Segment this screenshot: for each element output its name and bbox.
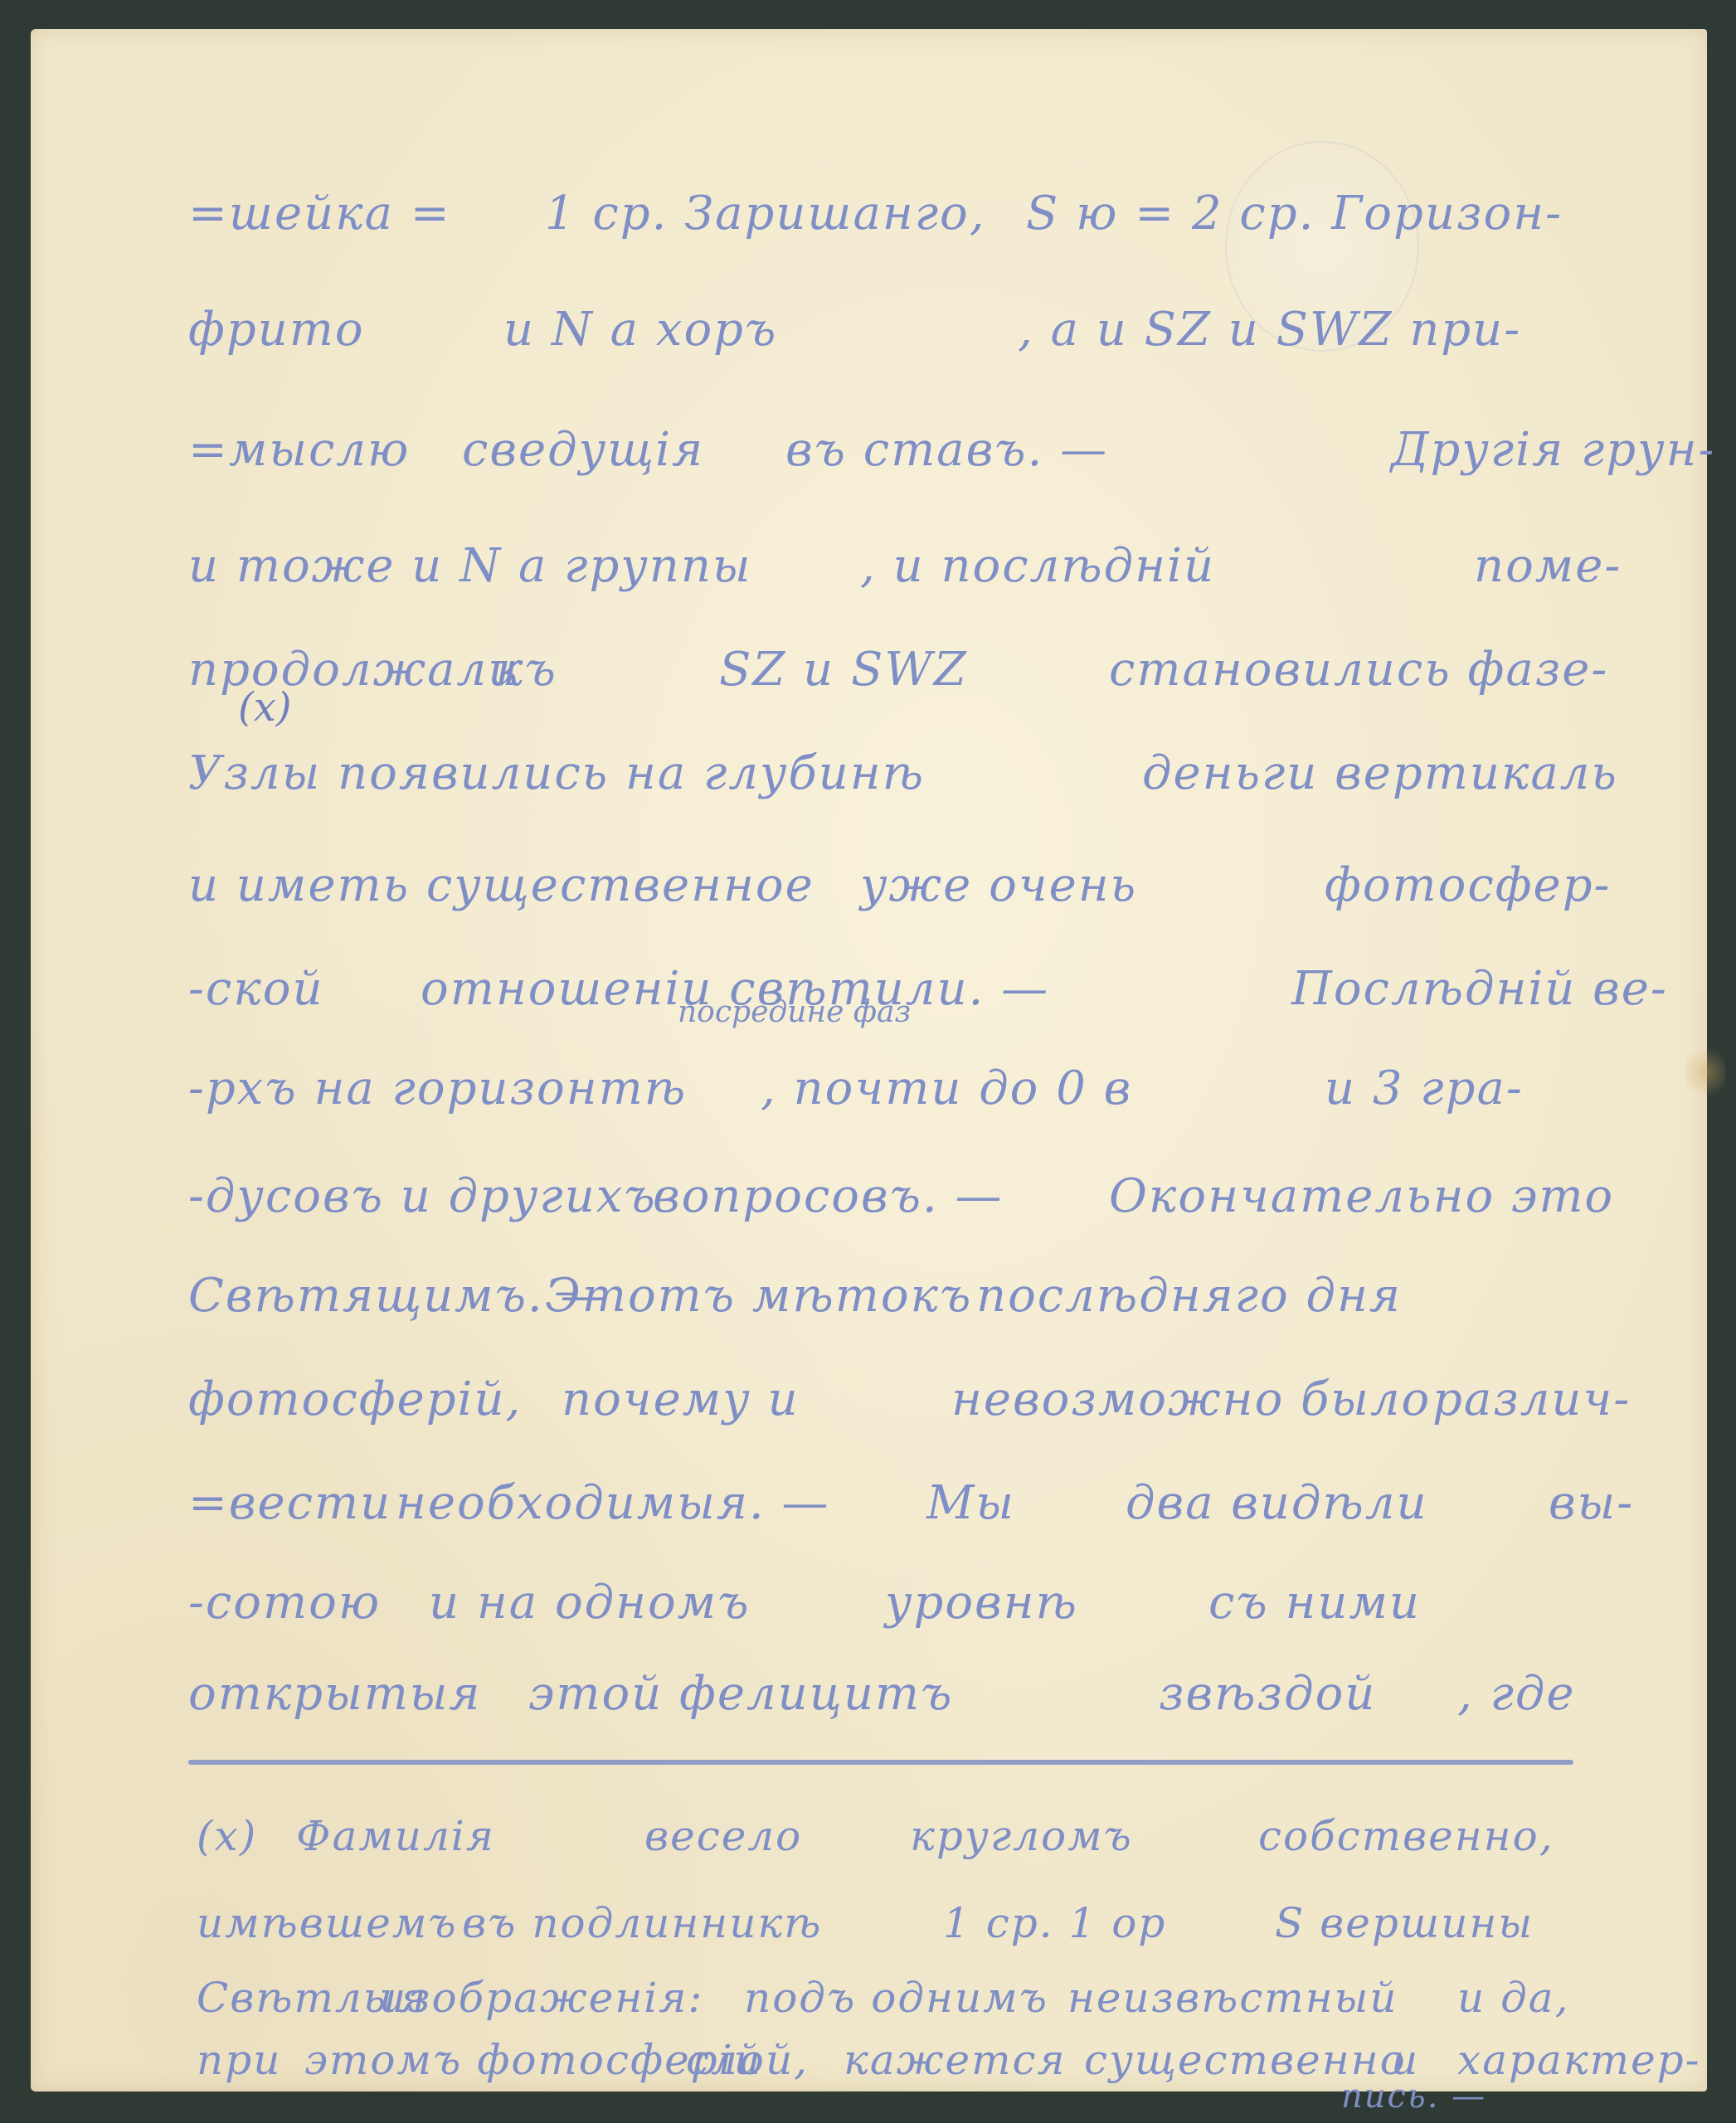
text-segment: съ ними <box>1208 1576 1421 1630</box>
text-segment: изображенія: <box>379 1974 703 2022</box>
text-segment: кругломъ <box>910 1812 1133 1860</box>
text-segment: открытыя <box>188 1667 482 1721</box>
text-segment: пись. — <box>1341 2077 1486 2116</box>
footnote-separator-rule <box>188 1760 1573 1765</box>
text-segment: , и послѣдній <box>860 539 1215 593</box>
text-segment: и N а хоръ <box>503 303 777 357</box>
text-segment: уровнѣ <box>885 1576 1078 1630</box>
text-segment: деньги вертикаль <box>1142 746 1618 800</box>
text-segment: характер- <box>1457 2036 1701 2084</box>
text-segment: въ подлинникѣ <box>462 1899 822 1947</box>
text-segment: 1 ср. 1 ор <box>943 1899 1166 1947</box>
paper-stain <box>1685 1042 1725 1102</box>
text-segment: послѣдняго дня <box>976 1269 1402 1323</box>
text-segment: сведущія <box>462 423 704 477</box>
text-segment: кажется <box>844 2036 1067 2084</box>
text-segment: вопросовъ. — <box>653 1169 1004 1223</box>
text-segment: , а и SZ и SWZ при- <box>1018 303 1521 357</box>
text-segment: при <box>197 2036 281 2084</box>
text-segment: весело <box>644 1812 802 1860</box>
text-segment: необходимыя. — <box>396 1476 830 1530</box>
text-segment: S ю = 2 ср. Горизон- <box>1026 187 1563 240</box>
text-segment: неизвѣстный <box>1067 1974 1398 2022</box>
text-segment: и 3 гра- <box>1325 1061 1524 1115</box>
text-segment: =вести <box>188 1476 391 1530</box>
text-segment: Другія грун- <box>1391 423 1715 477</box>
text-segment: собственно, <box>1258 1812 1554 1860</box>
text-segment: становились фазе- <box>1109 643 1608 697</box>
text-segment: -рхъ на горизонтѣ <box>188 1061 687 1115</box>
text-segment: этой фелицитъ <box>528 1667 953 1721</box>
text-segment: и да, <box>1457 1974 1570 2022</box>
text-segment: уже очень <box>860 858 1137 912</box>
text-segment: вы- <box>1549 1476 1634 1530</box>
text-segment: Послѣдній ве- <box>1291 962 1668 1016</box>
text-segment: -сотою <box>188 1576 381 1630</box>
text-segment: фотосферій, <box>188 1372 522 1426</box>
text-segment: различ- <box>1432 1372 1631 1426</box>
text-segment: поме- <box>1474 539 1622 593</box>
text-segment: фрито <box>188 303 365 357</box>
text-segment: въ ставъ. — <box>785 423 1108 477</box>
text-segment: и тоже и N а группы <box>188 539 752 593</box>
text-segment: невозможно было <box>951 1372 1431 1426</box>
text-segment: почему и <box>562 1372 800 1426</box>
text-segment: подъ однимъ <box>744 1974 1048 2022</box>
text-segment: и иметь существенное <box>188 858 815 912</box>
text-segment: Мы <box>926 1476 1015 1530</box>
text-segment: и на одномъ <box>429 1576 751 1630</box>
interlinear-insert: посредине фаз <box>678 995 911 1029</box>
text-segment: слой, <box>686 2036 809 2084</box>
text-segment: =мыслю <box>188 423 410 477</box>
manuscript-page: =шейка = 1 ср. Заришанго, S ю = 2 ср. Го… <box>31 29 1707 2091</box>
text-segment: -ской <box>188 962 324 1016</box>
text-segment: =шейка = <box>188 187 451 240</box>
text-segment: -дусовъ и другихъ <box>188 1169 657 1223</box>
text-segment: Окончательно это <box>1109 1169 1614 1223</box>
footnote-marker: (x) <box>197 1812 257 1860</box>
text-segment: , почти до 0 в <box>761 1061 1132 1115</box>
text-segment: Этотъ мѣтокъ <box>545 1269 972 1323</box>
text-segment: SZ и SWZ <box>719 643 968 697</box>
text-segment: S вершины <box>1275 1899 1534 1947</box>
text-segment: два видѣли <box>1126 1476 1428 1530</box>
text-segment: фотосфер- <box>1325 858 1611 912</box>
text-segment: звѣздой <box>1159 1667 1376 1721</box>
text-segment: , где <box>1457 1667 1576 1721</box>
text-segment: 1 ср. Заришанго, <box>545 187 986 240</box>
text-segment: имѣвшемъ <box>197 1899 458 1947</box>
text-segment: Фамилія <box>296 1812 495 1860</box>
text-segment: къ <box>495 643 557 697</box>
text-segment: Узлы появились на глубинѣ <box>188 746 925 800</box>
footnote-reference-marker: (x) <box>238 684 292 731</box>
